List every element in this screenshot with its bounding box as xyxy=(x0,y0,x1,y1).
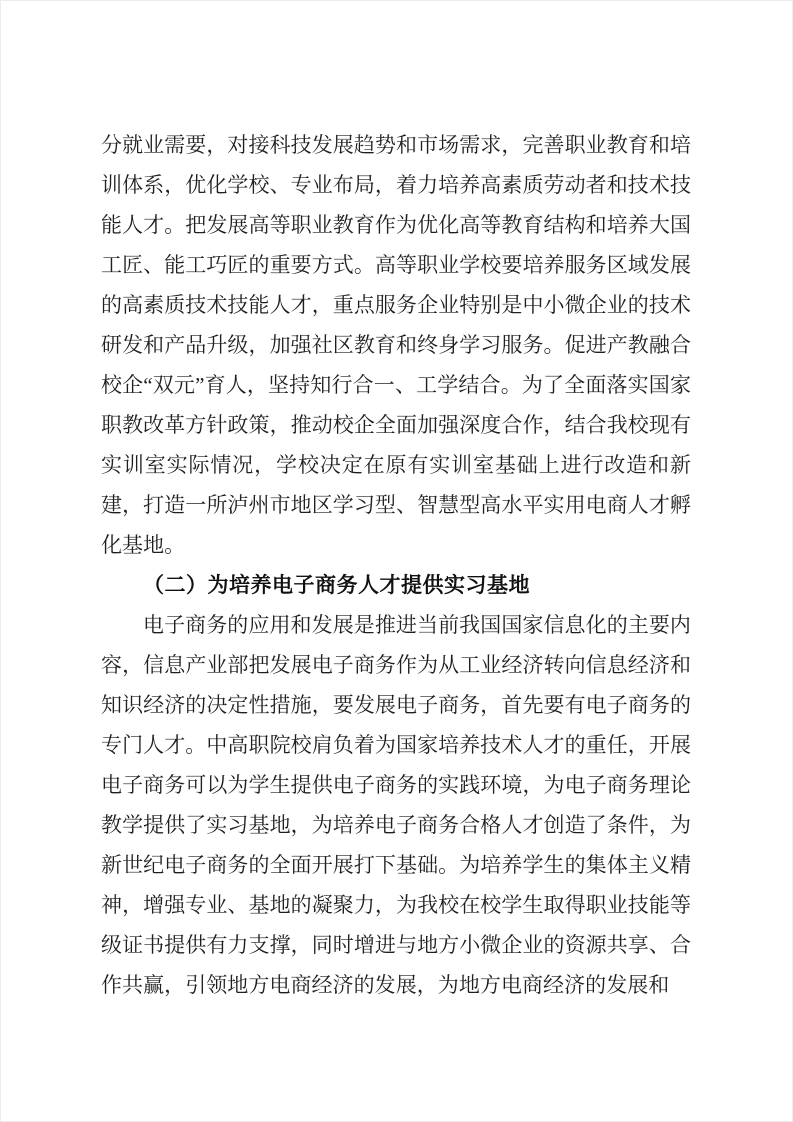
section-paragraph: 电子商务的应用和发展是推进当前我国国家信息化的主要内容，信息产业部把发展电子商务… xyxy=(101,605,691,1005)
document-page: 分就业需要，对接科技发展趋势和市场需求，完善职业教育和培训体系，优化学校、专业布… xyxy=(0,0,793,1122)
section-heading: （二）为培养电子商务人才提供实习基地 xyxy=(101,565,691,605)
paragraph-continuation: 分就业需要，对接科技发展趋势和市场需求，完善职业教育和培训体系，优化学校、专业布… xyxy=(101,125,691,565)
document-content: 分就业需要，对接科技发展趋势和市场需求，完善职业教育和培训体系，优化学校、专业布… xyxy=(101,125,691,1005)
